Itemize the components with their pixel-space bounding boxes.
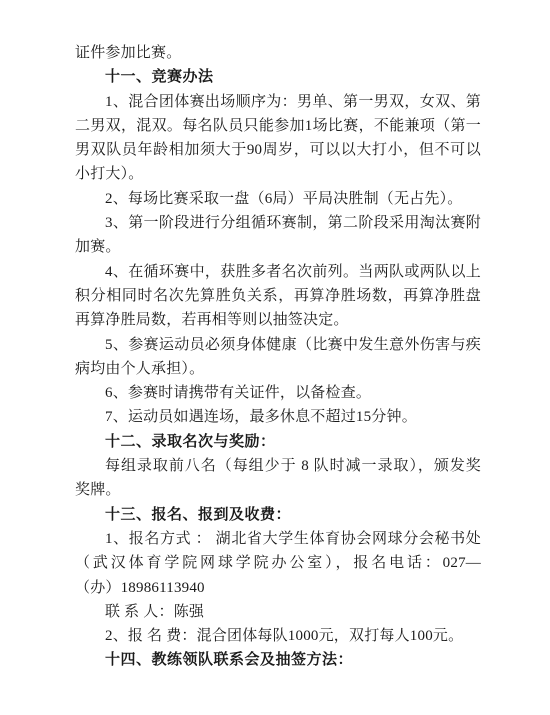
doc-line: 5、参赛运动员必须身体健康（比赛中发生意外伤害与疾: [75, 333, 481, 357]
section-heading-13: 十三、报名、报到及收费：: [75, 503, 481, 527]
doc-line: 再算净胜局数，若再相等则以抽签决定。: [75, 308, 481, 332]
doc-line: 1、报名方式 ： 湖北省大学生体育协会网球分会秘书处: [75, 527, 481, 551]
doc-line: 6、参赛时请携带有关证件，以备检查。: [75, 381, 481, 405]
doc-line: 小打大）。: [75, 162, 481, 186]
doc-line: 每组录取前八名（每组少于 8 队时减一录取），颁发奖杯、: [75, 454, 481, 478]
section-heading-11: 十一、竞赛办法: [75, 65, 481, 89]
doc-line: 3、第一阶段进行分组循环赛制，第二阶段采用淘汰赛附: [75, 211, 481, 235]
section-heading-12: 十二、录取名次与奖励：: [75, 430, 481, 454]
doc-line: 证件参加比赛。: [75, 41, 481, 65]
doc-line: 男双队员年龄相加须大于90周岁，可以以大打小，但不可以以: [75, 138, 481, 162]
doc-line: 4、在循环赛中，获胜多者名次前列。当两队或两队以上: [75, 260, 481, 284]
doc-line: 积分相同时名次先算胜负关系，再算净胜场数，再算净胜盘数，: [75, 284, 481, 308]
doc-line: （办）18986113940: [75, 576, 481, 600]
doc-line: 1、混合团体赛出场顺序为：男单、第一男双，女双、第: [75, 90, 481, 114]
doc-line: 7、运动员如遇连场，最多休息不超过15分钟。: [75, 405, 481, 429]
section-heading-14: 十四、教练领队联系会及抽签方法：: [75, 648, 481, 672]
doc-line: （武汉体育学院网球学院办公室），报名电话：027—87191085: [75, 551, 481, 575]
doc-line: 奖牌。: [75, 478, 481, 502]
doc-line: 病均由个人承担）。: [75, 357, 481, 381]
doc-line: 联 系 人：陈强: [75, 600, 481, 624]
doc-line: 加赛。: [75, 235, 481, 259]
document-page: 证件参加比赛。 十一、竞赛办法 1、混合团体赛出场顺序为：男单、第一男双，女双、…: [75, 41, 481, 673]
doc-line: 2、报 名 费：混合团体每队1000元，双打每人100元。: [75, 624, 481, 648]
doc-line: 二男双，混双。每名队员只能参加1场比赛，不能兼项（第一: [75, 114, 481, 138]
doc-line: 2、每场比赛采取一盘（6局）平局决胜制（无占先）。: [75, 187, 481, 211]
